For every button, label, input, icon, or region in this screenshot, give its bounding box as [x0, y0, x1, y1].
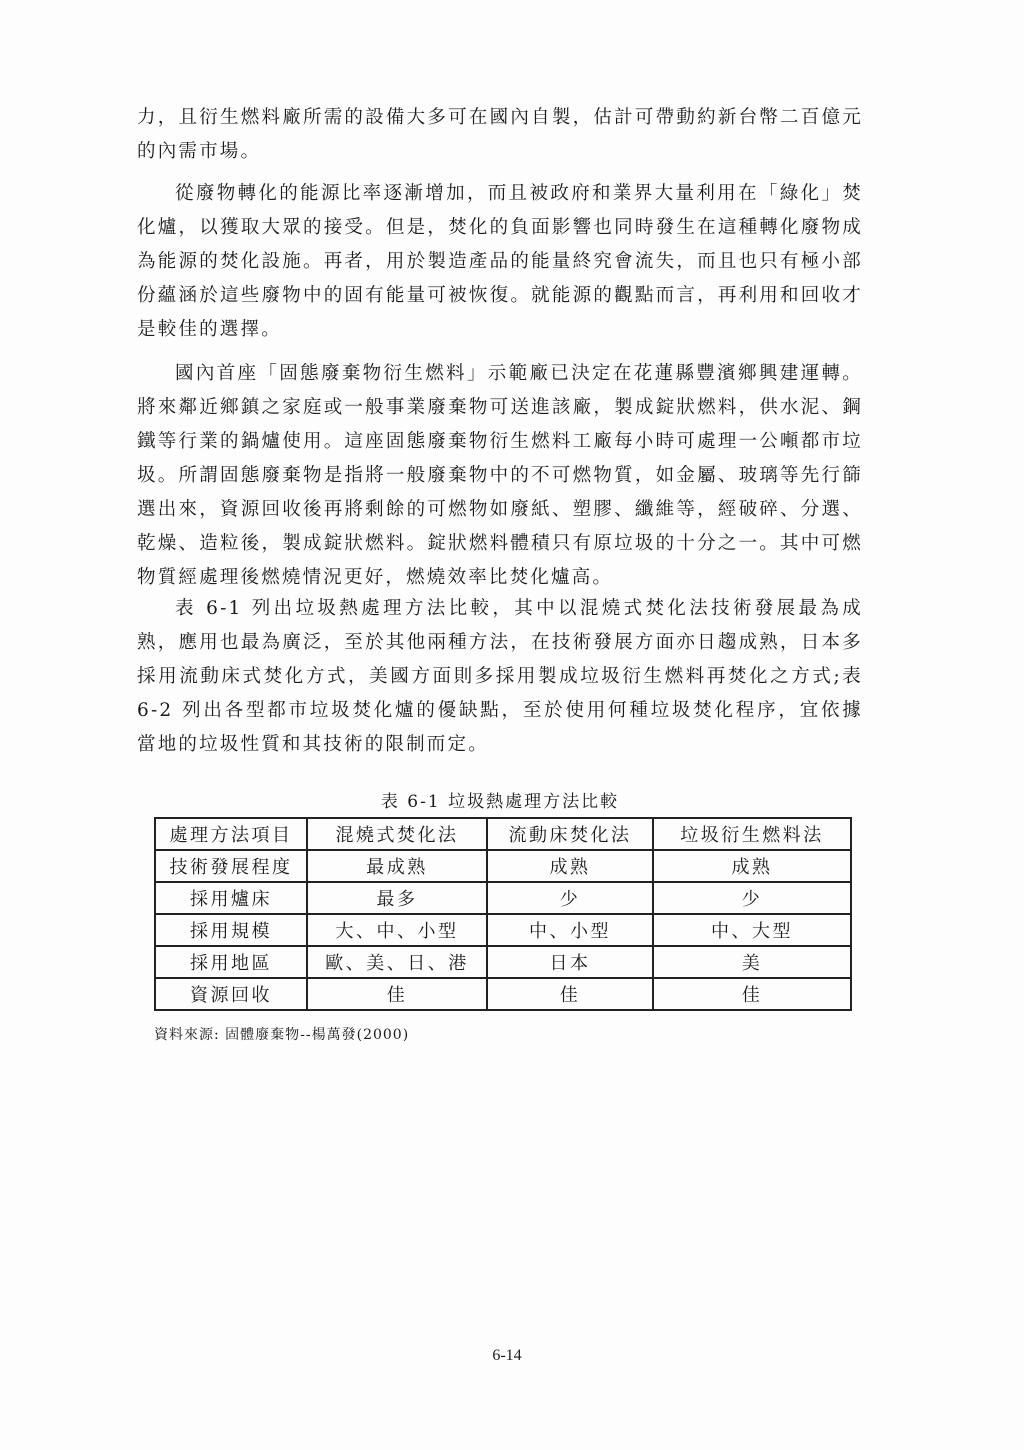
table-cell: 日本 [487, 946, 653, 978]
paragraph-1: 力，且衍生燃料廠所需的設備大多可在國內自製，估計可帶動約新台幣二百億元的內需市場… [137, 101, 863, 169]
table-row: 資源回收 佳 佳 佳 [155, 978, 851, 1010]
header-cell: 混燒式焚化法 [307, 818, 487, 850]
table-row: 採用地區 歐、美、日、港 日本 美 [155, 946, 851, 978]
table-cell: 少 [653, 882, 851, 914]
table-cell: 中、大型 [653, 914, 851, 946]
table-cell: 中、小型 [487, 914, 653, 946]
table-caption: 表 6-1 垃圾熱處理方法比較 [0, 787, 1000, 812]
header-cell: 垃圾衍生燃料法 [653, 818, 851, 850]
table-cell: 最多 [307, 882, 487, 914]
page-number: 6-14 [0, 1347, 1014, 1365]
paragraph-2: 從廢物轉化的能源比率逐漸增加，而且被政府和業界大量利用在「綠化」焚化爐，以獲取大… [137, 177, 863, 347]
header-cell: 流動床焚化法 [487, 818, 653, 850]
document-page: 力，且衍生燃料廠所需的設備大多可在國內自製，估計可帶動約新台幣二百億元的內需市場… [0, 0, 1024, 1450]
table-cell: 佳 [487, 978, 653, 1010]
table-row: 採用爐床 最多 少 少 [155, 882, 851, 914]
paragraph-4: 表 6-1 列出垃圾熱處理方法比較，其中以混燒式焚化法技術發展最為成熟，應用也最… [137, 592, 863, 762]
row-label: 採用地區 [155, 946, 307, 978]
row-label: 技術發展程度 [155, 850, 307, 882]
table-cell: 成熟 [653, 850, 851, 882]
table-row: 技術發展程度 最成熟 成熟 成熟 [155, 850, 851, 882]
row-label: 採用爐床 [155, 882, 307, 914]
table-cell: 佳 [307, 978, 487, 1010]
row-label: 採用規模 [155, 914, 307, 946]
table-cell: 美 [653, 946, 851, 978]
table-cell: 佳 [653, 978, 851, 1010]
table-cell: 大、中、小型 [307, 914, 487, 946]
paragraph-3: 國內首座「固態廢棄物衍生燃料」示範廠已決定在花蓮縣豐濱鄉興建運轉。將來鄰近鄉鎮之… [137, 357, 863, 595]
table-header-row: 處理方法項目 混燒式焚化法 流動床焚化法 垃圾衍生燃料法 [155, 818, 851, 850]
comparison-table: 處理方法項目 混燒式焚化法 流動床焚化法 垃圾衍生燃料法 技術發展程度 最成熟 … [154, 817, 852, 1011]
table-cell: 歐、美、日、港 [307, 946, 487, 978]
table-row: 採用規模 大、中、小型 中、小型 中、大型 [155, 914, 851, 946]
table-source-note: 資料來源: 固體廢棄物--楊萬發(2000) [154, 1024, 409, 1044]
row-label: 資源回收 [155, 978, 307, 1010]
header-cell: 處理方法項目 [155, 818, 307, 850]
table-cell: 少 [487, 882, 653, 914]
table-cell: 最成熟 [307, 850, 487, 882]
table-cell: 成熟 [487, 850, 653, 882]
